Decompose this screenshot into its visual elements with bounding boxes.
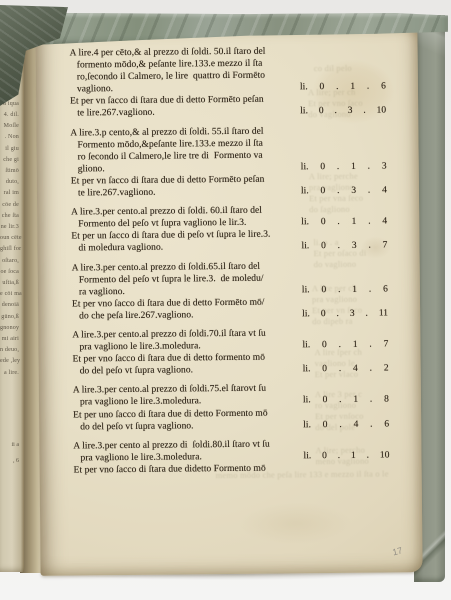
facing-page-text-fragment: ral im xyxy=(0,188,19,199)
facing-page-text-fragment: ii a xyxy=(12,442,20,448)
facing-page-text-fragment: gūno,ß xyxy=(0,312,19,323)
lire-soldi-denari-value: li.0.1.10 xyxy=(303,449,389,462)
facing-page-text-fragment: cōe de xyxy=(0,200,19,211)
lire-soldi-denari-value: li.0.1.4 xyxy=(301,216,387,229)
page-text-block: A lire.4 per cēto,& al prezzo di ſoldi. … xyxy=(70,44,390,476)
facing-page-text-fragment: duto, xyxy=(0,177,19,188)
book-page: co dil peloA lire; per ch Et per vno ſac… xyxy=(35,24,422,576)
facing-page-text-fragment: che ſta xyxy=(0,211,19,222)
facing-page-text-fragment: gnonoy xyxy=(0,323,19,334)
price-entry: A lire.3.per cento.al prezzo di ſoldi. 6… xyxy=(71,204,387,231)
price-entry: A lire.3.p cento,& al prezzo di ſoldi. 5… xyxy=(70,124,386,175)
facing-page-edge: mentocio gro loroib Dioa iqua4. dil.Moſl… xyxy=(0,44,24,572)
lire-soldi-denari-value: li.0.3.7 xyxy=(301,240,387,253)
price-entry: A lire.3.per cento al prezzo di ſoldi.80… xyxy=(73,437,389,464)
photo-background: mentocio gro loroib Dioa iqua4. dil.Moſl… xyxy=(0,0,451,600)
text-line: do del peſo vt ſupra vagliono.li.0.4.2 xyxy=(73,363,389,378)
facing-page-text-fragment: ne lir.3 xyxy=(0,222,19,233)
price-entry: A lire.3.per cento.al prezzo di ſoldi.70… xyxy=(72,326,388,353)
text-line: do del peſo vt ſupra vagliono.li.0.4.6 xyxy=(73,418,389,433)
facing-page-text-fragment: denoiā xyxy=(0,300,19,311)
price-entry: Et per vn ſacco di ſtara due di detto Fo… xyxy=(71,172,387,199)
page-stain xyxy=(220,495,371,552)
lire-soldi-denari-value: li.0.4.2 xyxy=(303,363,389,376)
lire-soldi-denari-value: li.0.1.7 xyxy=(302,339,388,352)
text-line: do che peſa lire.267.vagliono.li.0.3.11 xyxy=(72,307,388,322)
text-line: te lire.267.vagliono.li.0.3.4 xyxy=(71,185,387,200)
text-line: di moledura vagliono.li.0.3.7 xyxy=(71,240,387,255)
price-entry: A lire.4 per cēto,& al prezzo di ſoldi. … xyxy=(70,44,386,95)
facing-page-text-fragment: ede ,ley xyxy=(0,356,19,367)
facing-page-text-fragment: Moſle xyxy=(0,121,19,132)
facing-page-text-fragment: ſtimō xyxy=(0,166,19,177)
lire-soldi-denari-value: li.0.1.6 xyxy=(300,81,386,94)
lire-soldi-denari-value: li.0.3.11 xyxy=(302,307,388,320)
facing-page-text-fragment: n deuo, xyxy=(0,345,19,356)
lire-soldi-denari-value: li.0.4.6 xyxy=(303,418,389,431)
price-entry: Et per un ſacco di ſtara due di peſo vt … xyxy=(71,228,387,255)
lire-soldi-denari-value: li.0.3.10 xyxy=(300,105,386,118)
facing-page-text-fragment: che gi xyxy=(0,155,19,166)
price-entry: Et per vn ſacco di ſtara due di detto Fo… xyxy=(70,93,386,120)
facing-page-text-fragment: oe ſoca xyxy=(0,267,19,278)
lire-soldi-denari-value: li.0.1.3 xyxy=(301,160,387,173)
facing-page-text-fragment: ghiſl for xyxy=(0,244,19,255)
lire-soldi-denari-value: li.0.3.4 xyxy=(301,185,387,198)
price-entry: Et per vno ſacco di ſtara due di detto f… xyxy=(73,351,389,378)
facing-page-text-fragment: , 6 xyxy=(13,458,19,464)
facing-page-text-fragment: uſtia,ß xyxy=(0,278,19,289)
lire-soldi-denari-value: li.0.1.8 xyxy=(303,394,389,407)
price-entry: Et per vno ſacco di ſtara due di detto F… xyxy=(72,295,388,322)
facing-page-text-fragment: . Non xyxy=(0,132,19,143)
price-entry: A lire.3.per cento.al prezzo di ſoldi.65… xyxy=(72,259,388,298)
price-entry: Et per uno ſacco di ſtara due di detto F… xyxy=(73,406,389,433)
facing-page-text-fragment: mi airi xyxy=(0,334,19,345)
pencil-annotation: 17 xyxy=(391,545,403,557)
facing-page-text-fragment: e cōi ma xyxy=(0,289,19,300)
lire-soldi-denari-value: li.0.1.6 xyxy=(302,283,388,296)
facing-page-text-fragment: oſtaro, xyxy=(0,256,19,267)
facing-page-text-fragment: il giu xyxy=(0,144,19,155)
facing-page-text-fragment: a lire. xyxy=(0,368,19,379)
text-line: te lire.267.vagliono.li.0.3.10 xyxy=(70,105,386,120)
facing-page-text-fragment: 4. dil. xyxy=(0,110,19,121)
price-entry: A lire.3.per cento.al prezzo di ſoldi.75… xyxy=(73,382,389,409)
facing-page-text-fragment: oun cēte xyxy=(0,233,19,244)
